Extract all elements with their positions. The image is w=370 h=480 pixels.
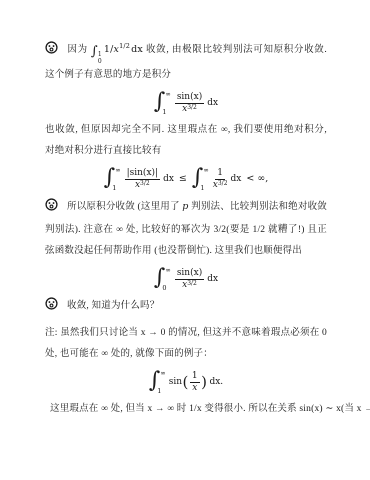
differential: dx <box>231 175 242 184</box>
numerator: sin(x) <box>175 269 204 280</box>
integral-sign: ∫ <box>91 45 98 58</box>
paragraph-3-text-pre: 所以原积分收敛 (这里用了 <box>67 202 182 212</box>
paragraph-4-text: 收敛, 知道为什么吗？ <box>67 301 159 311</box>
denominator: x <box>192 383 197 393</box>
upper-limit: ∞ <box>165 91 170 98</box>
inline-dx: dx <box>131 44 143 55</box>
denominator: x3/2 <box>182 280 197 290</box>
numerator: 1 <box>215 169 225 180</box>
paragraph-1: 因为 ∫101/x1/2dx 收敛, 由极限比较判别法可知原积分收敛. 这个例子… <box>45 36 327 86</box>
denominator: x3/2 <box>213 180 228 190</box>
upper-limit: ∞ <box>115 167 120 174</box>
differential: dx <box>163 175 174 184</box>
display-formula-1: ∫ ∞1 sin(x) x3/2 dx <box>45 89 327 117</box>
astonished-face-icon <box>45 198 58 220</box>
inline-exponent: 1/2 <box>119 42 130 50</box>
integral-sign: ∫ <box>149 370 160 392</box>
fraction: 1 x <box>190 372 200 393</box>
display-formula-2: ∫ ∞1 |sin(x)| x3/2 dx ≤ ∫ ∞1 1 x3/2 dx <… <box>45 165 327 193</box>
integral-sign: ∫ <box>154 267 165 289</box>
upper-limit: ∞ <box>203 167 208 174</box>
integral-sign: ∫ <box>104 167 115 189</box>
upper-limit: ∞ <box>160 370 165 377</box>
fraction: sin(x) x3/2 <box>175 93 204 114</box>
inline-body: 1/ <box>104 44 114 55</box>
integral-sign: ∫ <box>154 91 165 113</box>
paragraph-1-text-pre: 因为 <box>67 45 91 55</box>
integral-sign: ∫ <box>192 167 203 189</box>
paragraph-6: 这里瑕点在 ∞ 处, 但当 x → ∞ 时 1/x 变得很小. 所以在关系 si… <box>50 399 327 420</box>
display-formula-4: ∫ ∞1 sin ( 1 x ) dx. <box>45 368 327 396</box>
display-formula-3: ∫ ∞0 sin(x) x3/2 dx <box>45 265 327 293</box>
astonished-face-icon <box>45 297 58 319</box>
differential: dx <box>207 275 218 284</box>
left-paren: ( <box>183 375 189 390</box>
differential: dx. <box>209 378 223 387</box>
differential: dx <box>207 99 218 108</box>
denominator: x3/2 <box>135 180 150 190</box>
fraction: sin(x) x3/2 <box>175 269 204 290</box>
less-than-infinity: < ∞, <box>246 174 268 184</box>
fraction: |sin(x)| x3/2 <box>125 169 160 190</box>
inline-integral: ∫101/x1/2dx <box>91 44 143 55</box>
paragraph-2: 也收敛, 但原因却完全不同. 这里瑕点在 ∞, 我们要使用绝对积分, 对绝对积分… <box>45 120 327 162</box>
denominator: x3/2 <box>182 104 197 114</box>
numerator: sin(x) <box>175 93 204 104</box>
less-equal-sign: ≤ <box>179 174 187 184</box>
astonished-face-icon <box>45 41 58 63</box>
book-page: 因为 ∫101/x1/2dx 收敛, 由极限比较判别法可知原积分收敛. 这个例子… <box>0 0 370 480</box>
sin-function: sin <box>169 378 182 387</box>
paragraph-4: 收敛, 知道为什么吗？ <box>45 296 327 319</box>
inline-lower-limit: 0 <box>98 59 102 65</box>
right-paren: ) <box>201 375 207 390</box>
numerator: |sin(x)| <box>125 169 160 180</box>
fraction: 1 x3/2 <box>213 169 228 190</box>
paragraph-3: 所以原积分收敛 (这里用了 p 判别法、比较判别法和绝对收敛判别法). 注意在 … <box>45 196 327 262</box>
upper-limit: ∞ <box>165 267 170 274</box>
numerator: 1 <box>190 372 200 383</box>
paragraph-note: 注: 虽然我们只讨论当 x → 0 的情况, 但这并不意味着瑕点必须在 0 处,… <box>45 323 327 365</box>
